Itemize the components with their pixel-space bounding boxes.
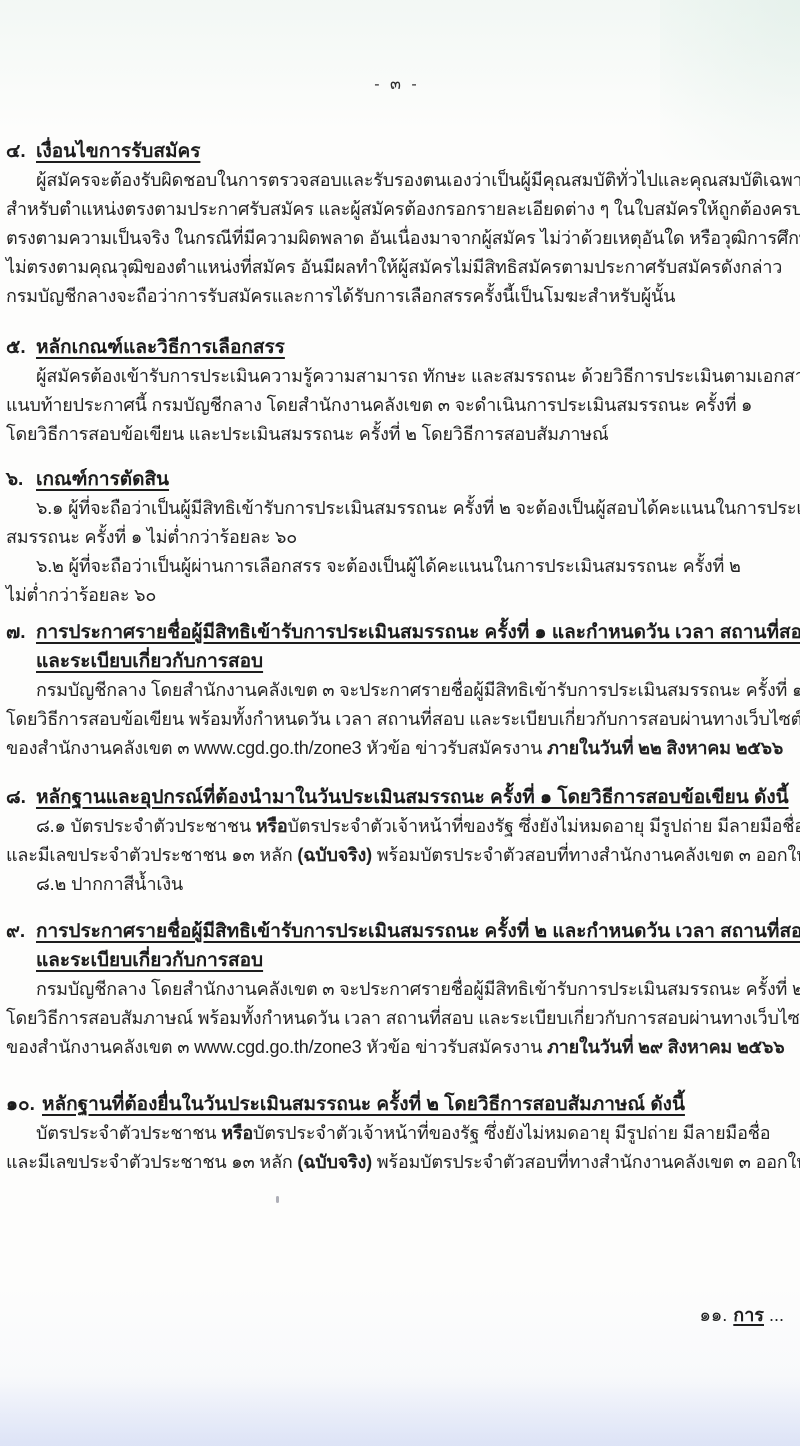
text-line: ไม่ต่ำกว่าร้อยละ ๖๐ [6, 581, 788, 610]
text-segment: สำหรับตำแหน่งตรงตามประกาศรับสมัคร และผู้… [6, 199, 800, 219]
text-line: โดยวิธีการสอบข้อเขียน และประเมินสมรรถนะ … [6, 420, 788, 449]
text-segment: สมรรถนะ ครั้งที่ ๑ ไม่ต่ำกว่าร้อยละ ๖๐ [6, 527, 297, 547]
text-segment-bold: (ฉบับจริง) [297, 845, 372, 865]
text-line: ๖.๑ ผู้ที่จะถือว่าเป็นผู้มีสิทธิเข้ารับก… [6, 494, 788, 523]
text-segment: พร้อมบัตรประจำตัวสอบที่ทางสำนักงานคลังเข… [372, 845, 800, 865]
section-title: เกณฑ์การตัดสิน [36, 469, 169, 490]
text-segment: บัตรประจำตัวเจ้าหน้าที่ของรัฐ ซึ่งยังไม่… [287, 816, 800, 836]
text-segment: กรมบัญชีกลาง โดยสำนักงานคลังเขต ๓ จะประก… [36, 979, 800, 999]
text-line: สำหรับตำแหน่งตรงตามประกาศรับสมัคร และผู้… [6, 195, 788, 224]
text-segment-bold: หรือ [221, 1123, 253, 1143]
continuation-number: ๑๑. [699, 1305, 727, 1325]
section-heading: ๖.เกณฑ์การตัดสิน [6, 465, 788, 494]
text-line: โดยวิธีการสอบข้อเขียน พร้อมทั้งกำหนดวัน … [6, 705, 788, 734]
section-number: ๗. [6, 618, 30, 647]
section-heading-line2: และระเบียบเกี่ยวกับการสอบ [36, 647, 788, 676]
text-segment: ๖.๒ ผู้ที่จะถือว่าเป็นผู้ผ่านการเลือกสรร… [36, 556, 741, 576]
continuation-word: การ [733, 1305, 764, 1325]
page-number: - ๓ - [6, 72, 788, 97]
section-title-continued: และระเบียบเกี่ยวกับการสอบ [36, 651, 263, 672]
section-title: หลักฐานที่ต้องยื่นในวันประเมินสมรรถนะ คร… [42, 1094, 685, 1115]
text-segment: โดยวิธีการสอบสัมภาษณ์ พร้อมทั้งกำหนดวัน … [6, 1008, 800, 1028]
scanned-document-page: - ๓ - ๔.เงื่อนไขการรับสมัคร ผู้สมัครจะต้… [0, 0, 800, 1446]
section-heading: ๘.หลักฐานและอุปกรณ์ที่ต้องนำมาในวันประเม… [6, 783, 788, 812]
text-line: กรมบัญชีกลาง โดยสำนักงานคลังเขต ๓ จะประก… [6, 975, 788, 1004]
text-segment: ของสำนักงานคลังเขต ๓ www.cgd.go.th/zone3… [6, 1037, 547, 1057]
section-title: การประกาศรายชื่อผู้มีสิทธิเข้ารับการประเ… [36, 921, 800, 942]
deadline-date: ภายในวันที่ ๒๒ สิงหาคม ๒๕๖๖ [547, 738, 783, 758]
text-segment: บัตรประจำตัวเจ้าหน้าที่ของรัฐ ซึ่งยังไม่… [253, 1123, 770, 1143]
text-segment: ของสำนักงานคลังเขต ๓ www.cgd.go.th/zone3… [6, 738, 547, 758]
section-number: ๖. [6, 465, 30, 494]
text-line: ๘.๒ ปากกาสีน้ำเงิน [6, 870, 788, 899]
text-segment-bold: หรือ [256, 816, 288, 836]
section-title: หลักฐานและอุปกรณ์ที่ต้องนำมาในวันประเมิน… [36, 787, 789, 808]
text-segment: ๘.๒ ปากกาสีน้ำเงิน [36, 874, 183, 894]
section-6: ๖.เกณฑ์การตัดสิน ๖.๑ ผู้ที่จะถือว่าเป็นผ… [6, 465, 788, 610]
continuation-note: ๑๑.การ ... [699, 1303, 784, 1327]
text-line: ของสำนักงานคลังเขต ๓ www.cgd.go.th/zone3… [6, 1033, 788, 1062]
text-line: ผู้สมัครต้องเข้ารับการประเมินความรู้ความ… [6, 362, 788, 391]
text-line: และมีเลขประจำตัวประชาชน ๑๓ หลัก (ฉบับจริ… [6, 1148, 788, 1177]
text-segment: โดยวิธีการสอบข้อเขียน และประเมินสมรรถนะ … [6, 424, 608, 444]
text-segment: ตรงตามความเป็นจริง ในกรณีที่มีความผิดพลา… [6, 228, 800, 248]
scan-speck [276, 1196, 279, 1203]
text-segment: ๘.๑ บัตรประจำตัวประชาชน [36, 816, 256, 836]
continuation-ellipsis: ... [764, 1305, 784, 1325]
section-10: ๑๐.หลักฐานที่ต้องยื่นในวันประเมินสมรรถนะ… [6, 1090, 788, 1177]
text-segment: และมีเลขประจำตัวประชาชน ๑๓ หลัก [6, 1152, 297, 1172]
text-segment: ผู้สมัครจะต้องรับผิดชอบในการตรวจสอบและรั… [36, 170, 800, 190]
section-title: เงื่อนไขการรับสมัคร [36, 141, 200, 162]
section-heading: ๕.หลักเกณฑ์และวิธีการเลือกสรร [6, 333, 788, 362]
text-segment: ไม่ต่ำกว่าร้อยละ ๖๐ [6, 585, 156, 605]
text-line: ไม่ตรงตามคุณวุฒิของตำแหน่งที่สมัคร อันมี… [6, 253, 788, 282]
text-segment: โดยวิธีการสอบข้อเขียน พร้อมทั้งกำหนดวัน … [6, 709, 800, 729]
text-line: ผู้สมัครจะต้องรับผิดชอบในการตรวจสอบและรั… [6, 166, 788, 195]
scan-tint-bottom [0, 1376, 800, 1446]
section-number: ๕. [6, 333, 30, 362]
text-line: ๖.๒ ผู้ที่จะถือว่าเป็นผู้ผ่านการเลือกสรร… [6, 552, 788, 581]
section-4: ๔.เงื่อนไขการรับสมัคร ผู้สมัครจะต้องรับผ… [6, 137, 788, 311]
text-line: สมรรถนะ ครั้งที่ ๑ ไม่ต่ำกว่าร้อยละ ๖๐ [6, 523, 788, 552]
text-segment: ผู้สมัครต้องเข้ารับการประเมินความรู้ความ… [36, 366, 800, 386]
text-line: และมีเลขประจำตัวประชาชน ๑๓ หลัก (ฉบับจริ… [6, 841, 788, 870]
section-title-continued: และระเบียบเกี่ยวกับการสอบ [36, 950, 263, 971]
section-number: ๙. [6, 917, 30, 946]
section-number: ๘. [6, 783, 30, 812]
document-content: - ๓ - ๔.เงื่อนไขการรับสมัคร ผู้สมัครจะต้… [6, 0, 788, 1177]
text-segment: พร้อมบัตรประจำตัวสอบที่ทางสำนักงานคลังเข… [372, 1152, 800, 1172]
text-segment-bold: (ฉบับจริง) [297, 1152, 372, 1172]
section-heading: ๙.การประกาศรายชื่อผู้มีสิทธิเข้ารับการปร… [6, 917, 788, 946]
section-5: ๕.หลักเกณฑ์และวิธีการเลือกสรร ผู้สมัครต้… [6, 333, 788, 449]
section-heading: ๑๐.หลักฐานที่ต้องยื่นในวันประเมินสมรรถนะ… [6, 1090, 788, 1119]
section-title: หลักเกณฑ์และวิธีการเลือกสรร [36, 337, 285, 358]
section-9: ๙.การประกาศรายชื่อผู้มีสิทธิเข้ารับการปร… [6, 917, 788, 1062]
text-segment: ๖.๑ ผู้ที่จะถือว่าเป็นผู้มีสิทธิเข้ารับก… [36, 498, 800, 518]
section-title: การประกาศรายชื่อผู้มีสิทธิเข้ารับการประเ… [36, 622, 800, 643]
deadline-date: ภายในวันที่ ๒๙ สิงหาคม ๒๕๖๖ [547, 1037, 784, 1057]
scan-tint-bottom-soft [0, 1286, 800, 1446]
text-segment: บัตรประจำตัวประชาชน [36, 1123, 221, 1143]
text-line: ตรงตามความเป็นจริง ในกรณีที่มีความผิดพลา… [6, 224, 788, 253]
section-heading-line2: และระเบียบเกี่ยวกับการสอบ [36, 946, 788, 975]
section-heading: ๔.เงื่อนไขการรับสมัคร [6, 137, 788, 166]
section-heading: ๗.การประกาศรายชื่อผู้มีสิทธิเข้ารับการปร… [6, 618, 788, 647]
text-line: โดยวิธีการสอบสัมภาษณ์ พร้อมทั้งกำหนดวัน … [6, 1004, 788, 1033]
text-line: กรมบัญชีกลางจะถือว่าการรับสมัครและการได้… [6, 282, 788, 311]
text-line: กรมบัญชีกลาง โดยสำนักงานคลังเขต ๓ จะประก… [6, 676, 788, 705]
section-8: ๘.หลักฐานและอุปกรณ์ที่ต้องนำมาในวันประเม… [6, 783, 788, 899]
text-line: ของสำนักงานคลังเขต ๓ www.cgd.go.th/zone3… [6, 734, 788, 763]
text-line: ๘.๑ บัตรประจำตัวประชาชน หรือบัตรประจำตัว… [6, 812, 788, 841]
text-segment: แนบท้ายประกาศนี้ กรมบัญชีกลาง โดยสำนักงา… [6, 395, 752, 415]
text-line: บัตรประจำตัวประชาชน หรือบัตรประจำตัวเจ้า… [6, 1119, 788, 1148]
text-line: แนบท้ายประกาศนี้ กรมบัญชีกลาง โดยสำนักงา… [6, 391, 788, 420]
text-segment: กรมบัญชีกลาง โดยสำนักงานคลังเขต ๓ จะประก… [36, 680, 800, 700]
text-segment: กรมบัญชีกลางจะถือว่าการรับสมัครและการได้… [6, 286, 675, 306]
section-number: ๑๐. [6, 1090, 38, 1119]
text-segment: ไม่ตรงตามคุณวุฒิของตำแหน่งที่สมัคร อันมี… [6, 257, 782, 277]
section-7: ๗.การประกาศรายชื่อผู้มีสิทธิเข้ารับการปร… [6, 618, 788, 763]
section-number: ๔. [6, 137, 30, 166]
text-segment: และมีเลขประจำตัวประชาชน ๑๓ หลัก [6, 845, 297, 865]
